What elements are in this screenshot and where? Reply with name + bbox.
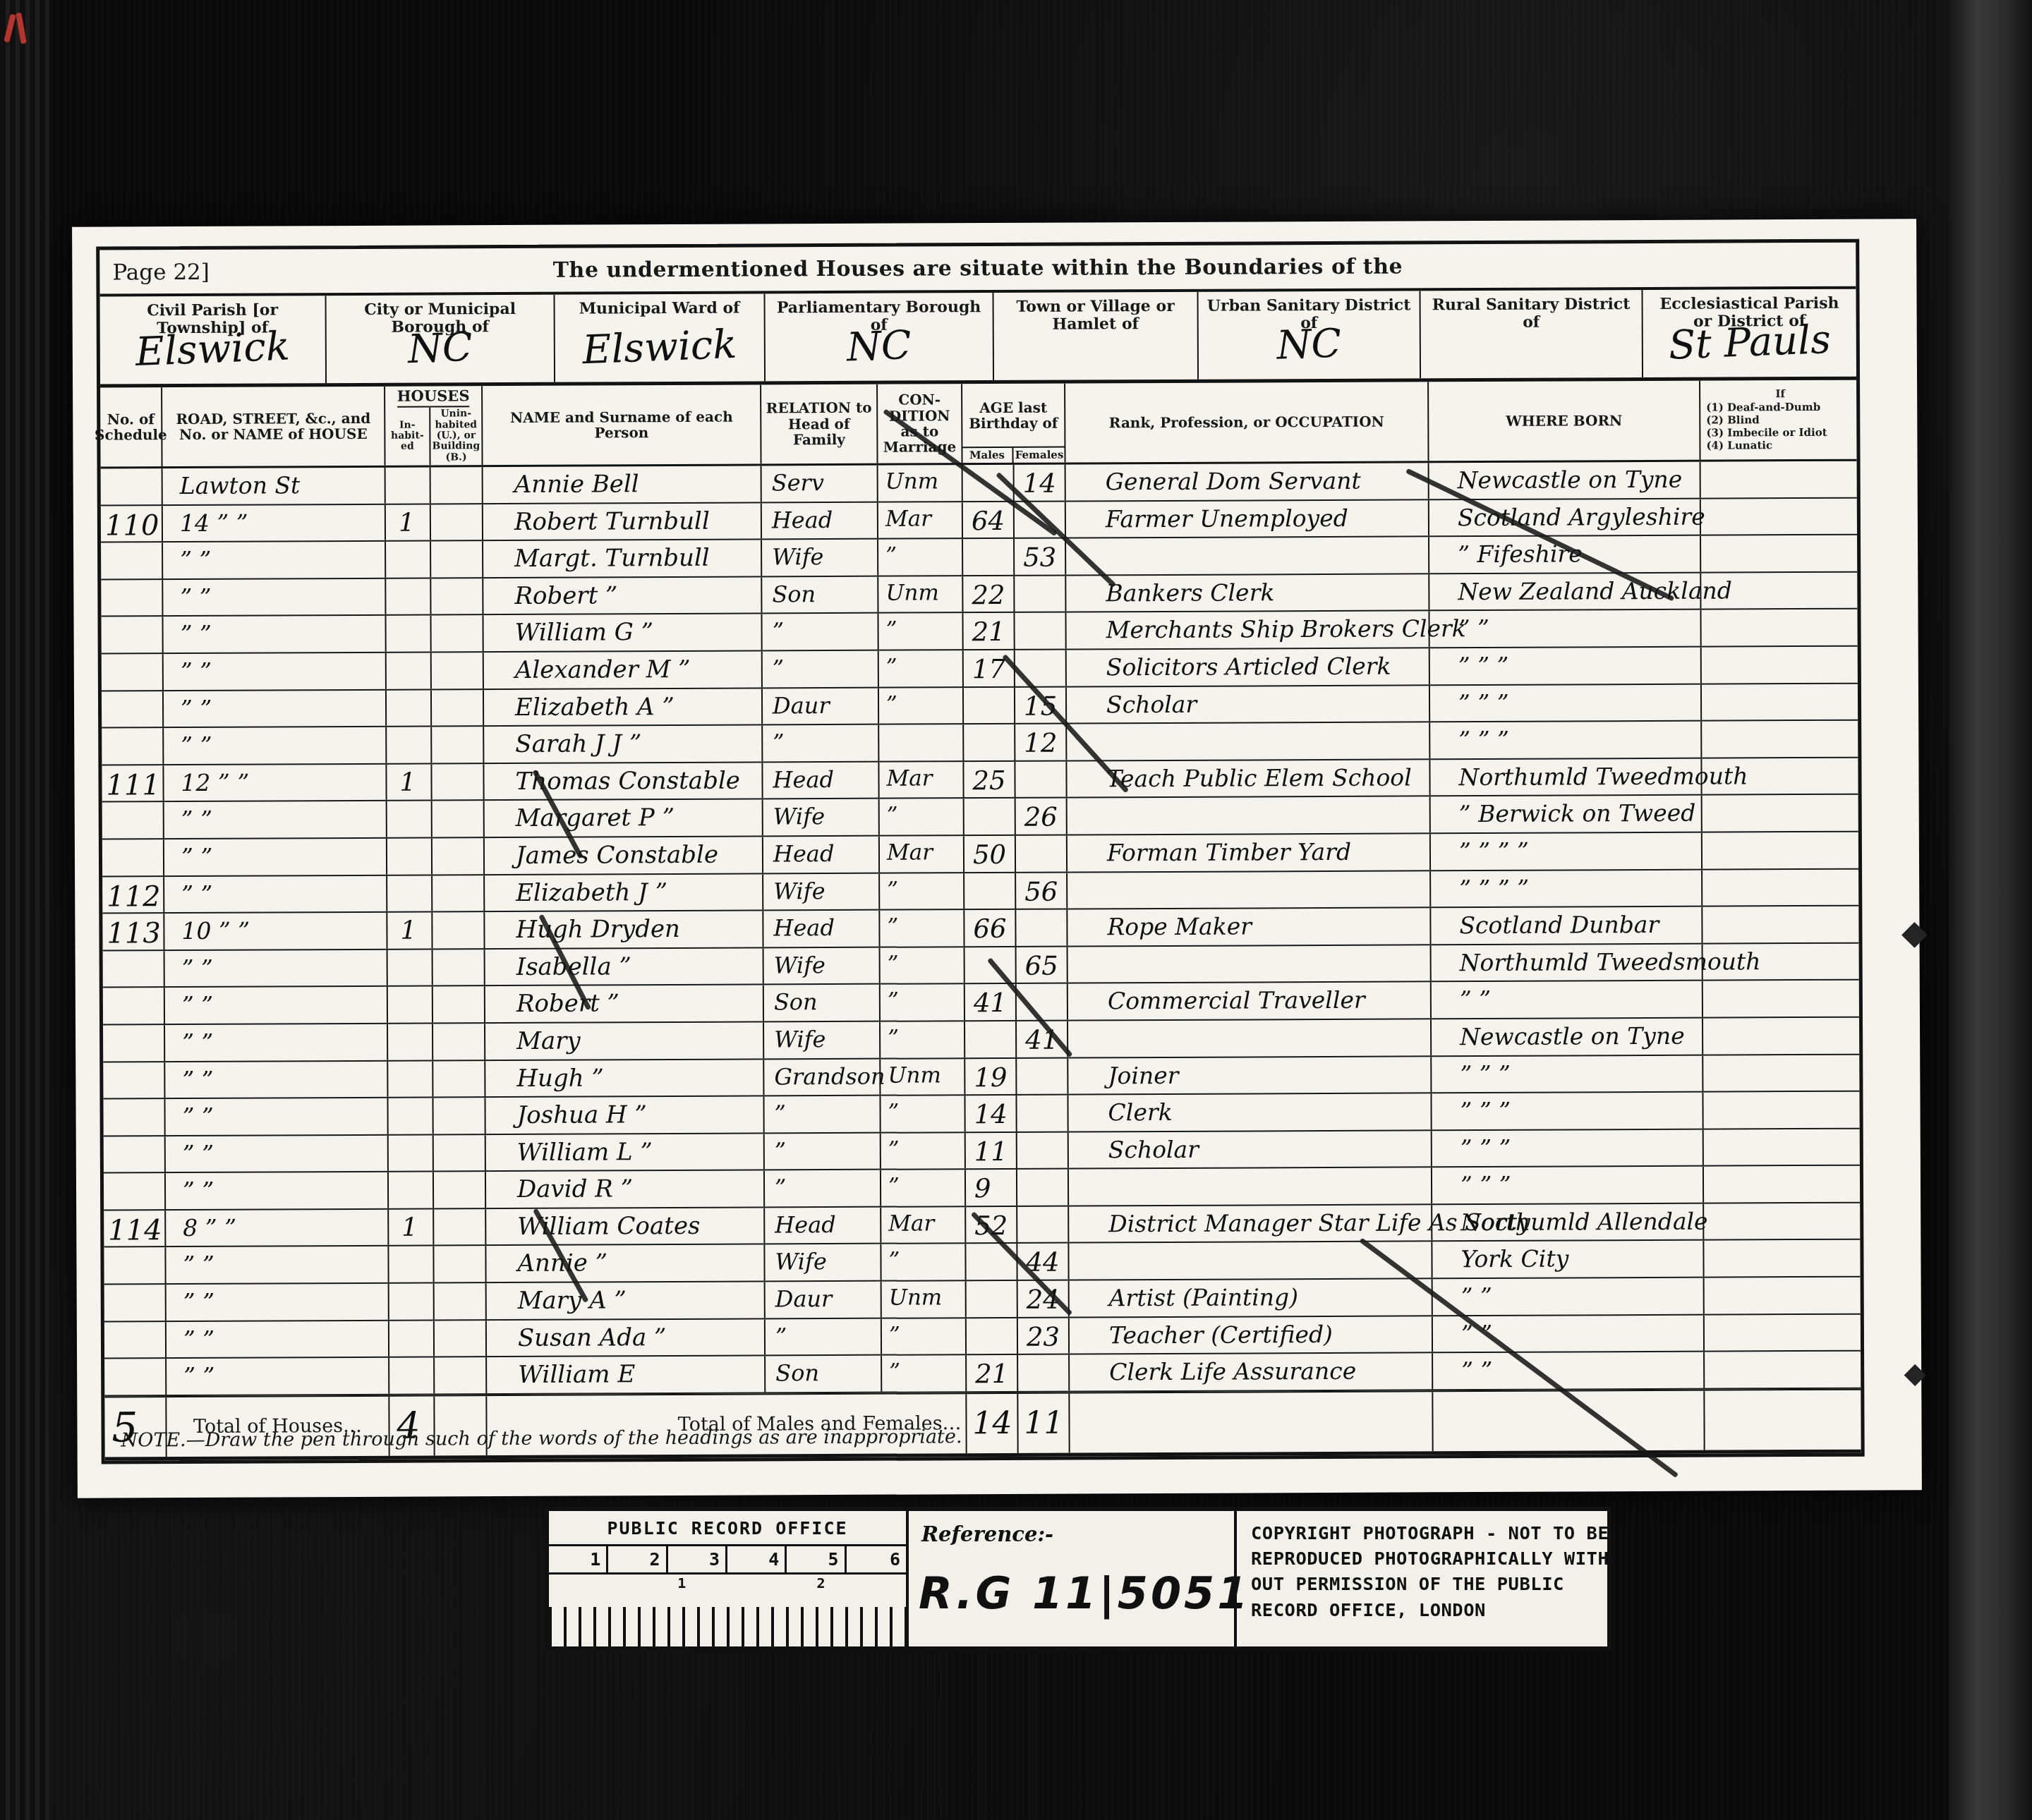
infirmity-cell — [1702, 721, 1858, 758]
infirmity-cell — [1701, 609, 1857, 646]
relation-to-head: ” — [763, 657, 878, 680]
relation-to-head: ” — [763, 619, 878, 643]
road-name: 10 ” ” — [164, 918, 386, 942]
occupation: Forman Timber Yard — [1068, 839, 1429, 864]
ruler-sub-number: 1 — [677, 1575, 686, 1591]
form-title: The undermentioned Houses are situate wi… — [553, 254, 1403, 282]
marriage-condition: ” — [879, 693, 962, 716]
infirmity-header: If (1) Deaf-and-Dumb (2) Blind (3) Imbec… — [1700, 380, 1856, 460]
ruler-number: 4 — [727, 1546, 787, 1572]
infirmity-line: (3) Imbecile or Idiot — [1706, 426, 1827, 439]
road-name: ” ” — [163, 547, 385, 571]
occupation: Scholar — [1069, 1136, 1431, 1161]
marriage-condition: Unm — [878, 471, 962, 493]
age-male: 19 — [965, 1064, 1015, 1090]
age-male: 25 — [964, 768, 1014, 794]
age-female: 12 — [1015, 730, 1065, 756]
relation-to-head: Wife — [763, 805, 878, 828]
marriage-condition: Unm — [881, 1064, 964, 1087]
ink-blot — [1904, 1364, 1926, 1386]
occupation: District Manager Star Life As Socty — [1069, 1211, 1431, 1235]
age-header-title: AGE last Birthday of — [962, 384, 1064, 447]
infirmity-cell — [1703, 906, 1858, 943]
houses-uninhabited — [433, 950, 485, 985]
person-name: Margaret P ” — [485, 806, 762, 831]
relation-header: RELATION to Head of Family — [761, 384, 878, 464]
pro-ruler-section: PUBLIC RECORD OFFICE 1 2 3 4 5 6 1 2 — [549, 1511, 909, 1646]
relation-to-head: Wife — [762, 545, 877, 569]
title-band: Page 22] The undermentioned Houses are s… — [99, 243, 1856, 297]
occupation: Clerk — [1069, 1099, 1431, 1124]
person-name: William E — [487, 1362, 764, 1388]
road-name: ” ” — [164, 844, 386, 868]
person-name: Robert ” — [485, 991, 763, 1017]
houses-uninhabited — [435, 1321, 487, 1357]
person-name: Joshua H ” — [486, 1103, 763, 1128]
infirmity-cell — [1705, 1352, 1861, 1388]
occupation — [1068, 1025, 1430, 1026]
road-name: 12 ” ” — [164, 770, 385, 794]
ruler-number: 2 — [608, 1546, 667, 1572]
marriage-condition: Mar — [880, 842, 963, 864]
relation-to-head: Son — [764, 990, 879, 1014]
occupation: Solicitors Articled Clerk — [1067, 654, 1429, 679]
marriage-condition — [879, 730, 962, 731]
ruler-number: 5 — [787, 1546, 846, 1572]
houses-uninhabited — [433, 801, 485, 837]
infirmity-cell — [1701, 535, 1857, 572]
age-male: 64 — [963, 507, 1013, 533]
where-born: ” Berwick on Tweed — [1431, 801, 1701, 826]
where-born: Northumld Tweedsmouth — [1432, 950, 1702, 974]
marriage-condition: ” — [879, 619, 962, 642]
schedule-number: 113 — [102, 919, 163, 947]
municipal-ward-cell: Municipal Ward of Elswick — [555, 293, 766, 382]
where-born: Northumld Allendale — [1432, 1210, 1703, 1234]
civil-parish-value: Elswick — [99, 326, 326, 374]
relation-to-head: Wife — [764, 1028, 879, 1051]
schedule-header: No. of Schedule — [100, 387, 162, 466]
marriage-condition: ” — [881, 1250, 964, 1273]
photo-right-edge — [1949, 0, 2032, 1820]
where-born: ” ” ” ” — [1431, 839, 1701, 863]
name-header: NAME and Surname of each Person — [483, 384, 761, 465]
road-name: ” ” — [167, 1326, 388, 1350]
houses-uninhabited — [435, 1357, 487, 1393]
marriage-condition: ” — [882, 1361, 965, 1383]
occupation — [1067, 728, 1429, 729]
photo-left-edge — [0, 0, 49, 1820]
houses-inhabited: 1 — [386, 510, 430, 535]
where-born: ” ” — [1433, 1284, 1703, 1309]
where-born: ” ” — [1433, 1358, 1703, 1383]
relation-to-head: ” — [766, 1324, 881, 1347]
person-name: Robert Turnbull — [483, 509, 761, 534]
relation-to-head: Head — [765, 1213, 880, 1237]
person-name: Isabella ” — [485, 954, 763, 979]
relation-to-head: Son — [766, 1361, 881, 1385]
infirmity-cell — [1705, 1314, 1861, 1351]
infirmity-cell — [1701, 572, 1857, 609]
copyright-line: COPYRIGHT PHOTOGRAPH - NOT TO BE — [1251, 1521, 1607, 1546]
page-number: Page 22] — [112, 260, 210, 286]
parliamentary-borough-cell: Parliamentary Borough of NC — [766, 293, 995, 381]
road-name: ” ” — [165, 1030, 387, 1054]
relation-to-head: ” — [765, 1102, 880, 1125]
marriage-condition: Mar — [881, 1213, 964, 1235]
relation-to-head: Wife — [765, 1250, 880, 1273]
person-name: Susan Ada ” — [487, 1325, 764, 1350]
total-females-value: 11 — [1018, 1393, 1070, 1452]
location-header-row: Civil Parish [or Township] of Elswick Ci… — [100, 289, 1857, 388]
footnote: NOTE.—Draw the pen through such of the w… — [121, 1426, 962, 1451]
marriage-condition: Mar — [878, 508, 962, 530]
municipal-borough-cell: City or Municipal Borough of NC — [327, 295, 556, 383]
person-name: Mary — [485, 1028, 763, 1053]
inhabited-header: In-habit-ed — [385, 407, 430, 466]
infirmity-cell — [1703, 1092, 1859, 1129]
houses-uninhabited — [431, 616, 483, 652]
person-name: William L ” — [486, 1139, 763, 1165]
road-name: ” ” — [166, 1178, 387, 1202]
ecclesiastical-parish-value: St Pauls — [1643, 319, 1857, 367]
infirmity-cell — [1703, 795, 1858, 832]
houses-uninhabited — [433, 1024, 485, 1060]
table-row: ” ” William E Son ” 21 Clerk Life Assura… — [104, 1352, 1861, 1396]
age-female: 26 — [1016, 804, 1066, 830]
pro-copyright-section: COPYRIGHT PHOTOGRAPH - NOT TO BE REPRODU… — [1237, 1511, 1607, 1646]
urban-sanitary-cell: Urban Sanitary District of NC — [1198, 291, 1421, 379]
infirmity-cell — [1704, 1166, 1860, 1203]
relation-to-head: ” — [765, 1139, 880, 1162]
houses-inhabited: 1 — [389, 1215, 433, 1240]
road-name: ” ” — [167, 1364, 388, 1388]
houses-header-title: HOUSES — [397, 386, 470, 407]
person-name: David R ” — [486, 1177, 763, 1202]
occupation: Clerk Life Assurance — [1070, 1359, 1432, 1384]
infirmity-cell — [1701, 461, 1857, 498]
where-born: ” ” ” ” — [1431, 875, 1701, 900]
person-name: Elizabeth J ” — [485, 880, 762, 905]
ruler-number: 6 — [847, 1546, 906, 1572]
occupation — [1069, 1174, 1431, 1175]
infirmity-cell — [1703, 943, 1859, 980]
infirmity-line: (1) Deaf-and-Dumb — [1706, 400, 1820, 413]
relation-to-head: ” — [765, 1176, 880, 1199]
houses-uninhabited — [433, 912, 485, 948]
age-female: 53 — [1015, 545, 1065, 571]
pro-reference-section: Reference:- R.G 11|5051 — [909, 1511, 1237, 1646]
person-name: Mary A ” — [487, 1288, 764, 1314]
where-born: York City — [1432, 1246, 1703, 1271]
where-born: ” ” — [1432, 987, 1702, 1012]
age-female: 56 — [1016, 878, 1066, 904]
relation-to-head: Wife — [764, 953, 879, 976]
age-male: 11 — [966, 1139, 1016, 1165]
houses-uninhabited — [431, 504, 483, 540]
person-name: William G ” — [484, 620, 761, 645]
schedule-number: 111 — [102, 771, 162, 799]
infirmity-cell — [1702, 647, 1858, 684]
marriage-condition: ” — [878, 545, 962, 567]
civil-parish-cell: Civil Parish [or Township] of Elswick — [100, 296, 327, 384]
age-male: 66 — [964, 916, 1015, 942]
age-male: 9 — [966, 1175, 1016, 1201]
infirmity-cell — [1703, 869, 1858, 906]
column-headers: No. of Schedule ROAD, STREET, &c., and N… — [100, 380, 1856, 469]
person-name: Annie ” — [486, 1251, 763, 1276]
person-name: Margt. Turnbull — [483, 546, 761, 571]
houses-uninhabited — [432, 653, 484, 688]
marriage-condition: ” — [881, 1139, 964, 1161]
occupation-header: Rank, Profession, or OCCUPATION — [1065, 382, 1429, 462]
houses-uninhabited — [431, 467, 483, 503]
reference-label: Reference:- — [921, 1522, 1053, 1546]
relation-to-head: Wife — [763, 879, 878, 902]
infirmity-line: (4) Lunatic — [1706, 439, 1772, 453]
infirmity-line: (2) Blind — [1706, 413, 1759, 427]
occupation — [1068, 803, 1429, 804]
relation-to-head: Head — [763, 916, 878, 940]
copyright-line: REPRODUCED PHOTOGRAPHICALLY WITH- — [1251, 1546, 1607, 1572]
houses-inhabited: 1 — [387, 918, 431, 944]
age-female: 23 — [1018, 1323, 1068, 1349]
road-name: 8 ” ” — [166, 1215, 387, 1239]
schedule-number: 114 — [104, 1216, 164, 1244]
person-name: Sarah J J ” — [484, 732, 761, 757]
schedule-number: 110 — [101, 511, 162, 540]
females-header: Females — [1013, 448, 1065, 463]
relation-to-head: Grandson — [764, 1064, 879, 1088]
houses-inhabited: 1 — [387, 770, 430, 795]
person-name: Hugh ” — [485, 1065, 763, 1091]
marriage-condition: ” — [882, 1324, 965, 1347]
occupation: Joiner — [1068, 1062, 1430, 1087]
relation-to-head: Daur — [766, 1287, 881, 1311]
occupation: Artist (Painting) — [1070, 1285, 1432, 1309]
pro-office-title: PUBLIC RECORD OFFICE — [549, 1511, 906, 1544]
infirmity-line: If — [1706, 387, 1854, 401]
infirmity-cell — [1703, 832, 1858, 869]
total-males-value: 14 — [967, 1394, 1018, 1453]
houses-uninhabited — [433, 1061, 485, 1097]
occupation: Farmer Unemployed — [1066, 506, 1428, 530]
town-village-label: Town or Village or Hamlet of — [994, 298, 1197, 334]
person-name: James Constable — [485, 842, 762, 868]
totals-born-empty — [1433, 1390, 1705, 1451]
person-name: William Coates — [486, 1213, 763, 1239]
where-born: ” ” ” — [1432, 1172, 1703, 1197]
road-name: ” ” — [164, 881, 386, 905]
town-village-cell: Town or Village or Hamlet of — [994, 292, 1199, 380]
infirmity-cell — [1702, 758, 1858, 794]
marriage-condition: Unm — [878, 582, 962, 605]
age-male: 14 — [966, 1101, 1016, 1127]
marriage-condition: ” — [881, 1101, 964, 1124]
marriage-condition: ” — [881, 1027, 964, 1050]
relation-to-head: Son — [762, 583, 877, 606]
ruler-sub-number: 2 — [817, 1575, 825, 1591]
where-born: Scotland Argyleshire — [1429, 504, 1700, 529]
age-female: 44 — [1017, 1249, 1068, 1275]
parliamentary-borough-value: NC — [765, 322, 993, 371]
houses-uninhabited — [434, 1172, 486, 1208]
marriage-condition: ” — [880, 916, 963, 938]
where-born: ” ” ” — [1432, 1135, 1703, 1160]
relation-to-head: ” — [763, 731, 878, 754]
road-name: 14 ” ” — [163, 510, 385, 534]
houses-uninhabited — [433, 838, 485, 874]
infirmity-cell — [1704, 1240, 1860, 1277]
ruler-scale: 1 2 3 4 5 6 — [549, 1544, 906, 1575]
infirmity-cell — [1702, 684, 1858, 720]
road-header: ROAD, STREET, &c., and No. or NAME of HO… — [162, 387, 385, 466]
relation-to-head: Serv — [762, 471, 877, 495]
municipal-ward-value: Elswick — [555, 324, 765, 372]
ruler-number: 1 — [549, 1546, 608, 1572]
where-born: ” ” ” — [1432, 1061, 1702, 1086]
infirmity-cell — [1701, 498, 1857, 535]
infirmity-cell — [1703, 1018, 1859, 1055]
houses-uninhabited — [435, 1283, 487, 1319]
relation-to-head: Head — [762, 508, 877, 531]
reference-value: R.G 11|5051 — [919, 1567, 1250, 1619]
road-name: ” ” — [167, 1290, 388, 1314]
age-header: AGE last Birthday of Males Females — [962, 384, 1065, 463]
infirmity-cell — [1704, 1203, 1860, 1240]
person-name: Hugh Dryden — [485, 917, 762, 942]
age-male: 21 — [967, 1361, 1017, 1387]
houses-uninhabited — [431, 541, 483, 577]
ink-blot — [1901, 922, 1928, 948]
road-name: ” ” — [166, 1141, 387, 1165]
infirmity-cell — [1704, 1129, 1860, 1165]
rural-sanitary-cell: Rural Sanitary District of — [1420, 290, 1643, 378]
occupation — [1066, 543, 1428, 545]
where-born: Newcastle on Tyne — [1429, 468, 1700, 492]
road-name: ” ” — [164, 733, 385, 757]
where-born: Northumld Tweedmouth — [1430, 764, 1700, 789]
where-born: ” ” ” — [1430, 653, 1700, 678]
houses-uninhabited — [432, 764, 484, 800]
occupation: Bankers Clerk — [1066, 580, 1428, 605]
census-table: No. of Schedule ROAD, STREET, &c., and N… — [100, 380, 1861, 1461]
infirmity-cell — [1705, 1278, 1861, 1314]
municipal-ward-label: Municipal Ward of — [555, 299, 764, 318]
condition-header: CON-DITION as to Marriage — [878, 384, 962, 463]
marriage-condition: ” — [881, 1175, 964, 1198]
where-born: Scotland Dunbar — [1431, 913, 1701, 938]
houses-uninhabited — [433, 875, 485, 911]
where-born: ” ” — [1430, 616, 1700, 641]
road-name: ” ” — [164, 807, 386, 831]
person-name: Thomas Constable — [484, 768, 761, 794]
photo-background: Page 22] The undermentioned Houses are s… — [0, 0, 2032, 1820]
copyright-line: OUT PERMISSION OF THE PUBLIC — [1251, 1572, 1607, 1597]
houses-uninhabited — [433, 986, 485, 1022]
relation-to-head: Head — [763, 768, 878, 791]
road-name: Lawton St — [163, 473, 385, 497]
road-name: ” ” — [166, 1252, 387, 1276]
age-female: 65 — [1017, 952, 1067, 978]
age-male: 21 — [964, 619, 1014, 645]
age-male: 41 — [965, 990, 1015, 1016]
census-sheet: Page 22] The undermentioned Houses are s… — [72, 219, 1922, 1498]
municipal-borough-value: NC — [326, 324, 555, 373]
road-name: ” ” — [164, 621, 385, 645]
relation-to-head: Head — [763, 842, 878, 866]
marriage-condition: Unm — [882, 1287, 965, 1309]
houses-uninhabited — [433, 1098, 485, 1134]
where-born: Newcastle on Tyne — [1432, 1024, 1702, 1049]
houses-uninhabited — [432, 727, 484, 763]
age-male: 50 — [964, 842, 1015, 868]
road-name: ” ” — [164, 659, 385, 683]
occupation: General Dom Servant — [1066, 468, 1428, 493]
marriage-condition: ” — [880, 805, 963, 827]
ruler-number: 3 — [668, 1546, 727, 1572]
road-name: ” ” — [163, 585, 385, 609]
age-male: 22 — [963, 582, 1013, 608]
occupation: Scholar — [1067, 691, 1429, 716]
person-name: Elizabeth A ” — [484, 694, 761, 720]
person-name: Robert ” — [483, 583, 761, 608]
uninhabited-header: Unin-habited (U.), or Building (B.) — [430, 407, 481, 466]
ruler-ticks: 1 2 — [549, 1575, 906, 1646]
where-born: ” ” ” — [1430, 727, 1700, 752]
totals-occ-empty — [1070, 1392, 1433, 1452]
person-name: Annie Bell — [483, 471, 761, 497]
totals-infirm-empty — [1705, 1390, 1861, 1450]
houses-uninhabited — [434, 1135, 486, 1171]
occupation: Teacher (Certified) — [1070, 1322, 1432, 1347]
infirmity-cell — [1703, 1055, 1859, 1091]
urban-sanitary-value: NC — [1198, 321, 1420, 369]
where-born: ” ” ” — [1432, 1098, 1702, 1123]
road-name: ” ” — [166, 1104, 387, 1128]
occupation — [1068, 951, 1430, 952]
pro-stamp-box: PUBLIC RECORD OFFICE 1 2 3 4 5 6 1 2 Ref… — [545, 1507, 1611, 1651]
marriage-condition: ” — [880, 879, 963, 902]
males-header: Males — [962, 448, 1013, 463]
houses-uninhabited — [432, 690, 484, 726]
road-name: ” ” — [165, 1067, 387, 1091]
red-pen-mark — [6, 11, 41, 61]
where-born: ” ” ” — [1430, 690, 1700, 715]
ecclesiastical-parish-cell: Ecclesiastical Parish or District of St … — [1643, 289, 1856, 377]
relation-to-head: Daur — [763, 693, 878, 717]
marriage-condition: Mar — [879, 768, 962, 790]
table-body: Lawton St Annie Bell Serv Unm 14 General… — [101, 461, 1861, 1397]
occupation: Merchants Ship Brokers Clerk — [1067, 617, 1429, 642]
copyright-line: RECORD OFFICE, LONDON — [1251, 1598, 1607, 1623]
person-name: Alexander M ” — [484, 657, 761, 682]
marriage-condition: ” — [881, 990, 964, 1013]
age-female: 14 — [1015, 471, 1065, 497]
marriage-condition: ” — [879, 656, 962, 679]
road-name: ” ” — [165, 993, 387, 1017]
houses-uninhabited — [431, 578, 483, 614]
occupation: Rope Maker — [1068, 914, 1429, 938]
houses-uninhabited — [434, 1246, 486, 1282]
occupation: Commercial Traveller — [1068, 988, 1430, 1013]
occupation — [1068, 877, 1429, 878]
houses-header: HOUSES In-habit-ed Unin-habited (U.), or… — [385, 386, 483, 466]
marriage-condition: ” — [881, 953, 964, 976]
schedule-number: 112 — [102, 882, 163, 911]
road-name: ” ” — [165, 955, 387, 979]
rural-sanitary-label: Rural Sanitary District of — [1421, 296, 1642, 332]
